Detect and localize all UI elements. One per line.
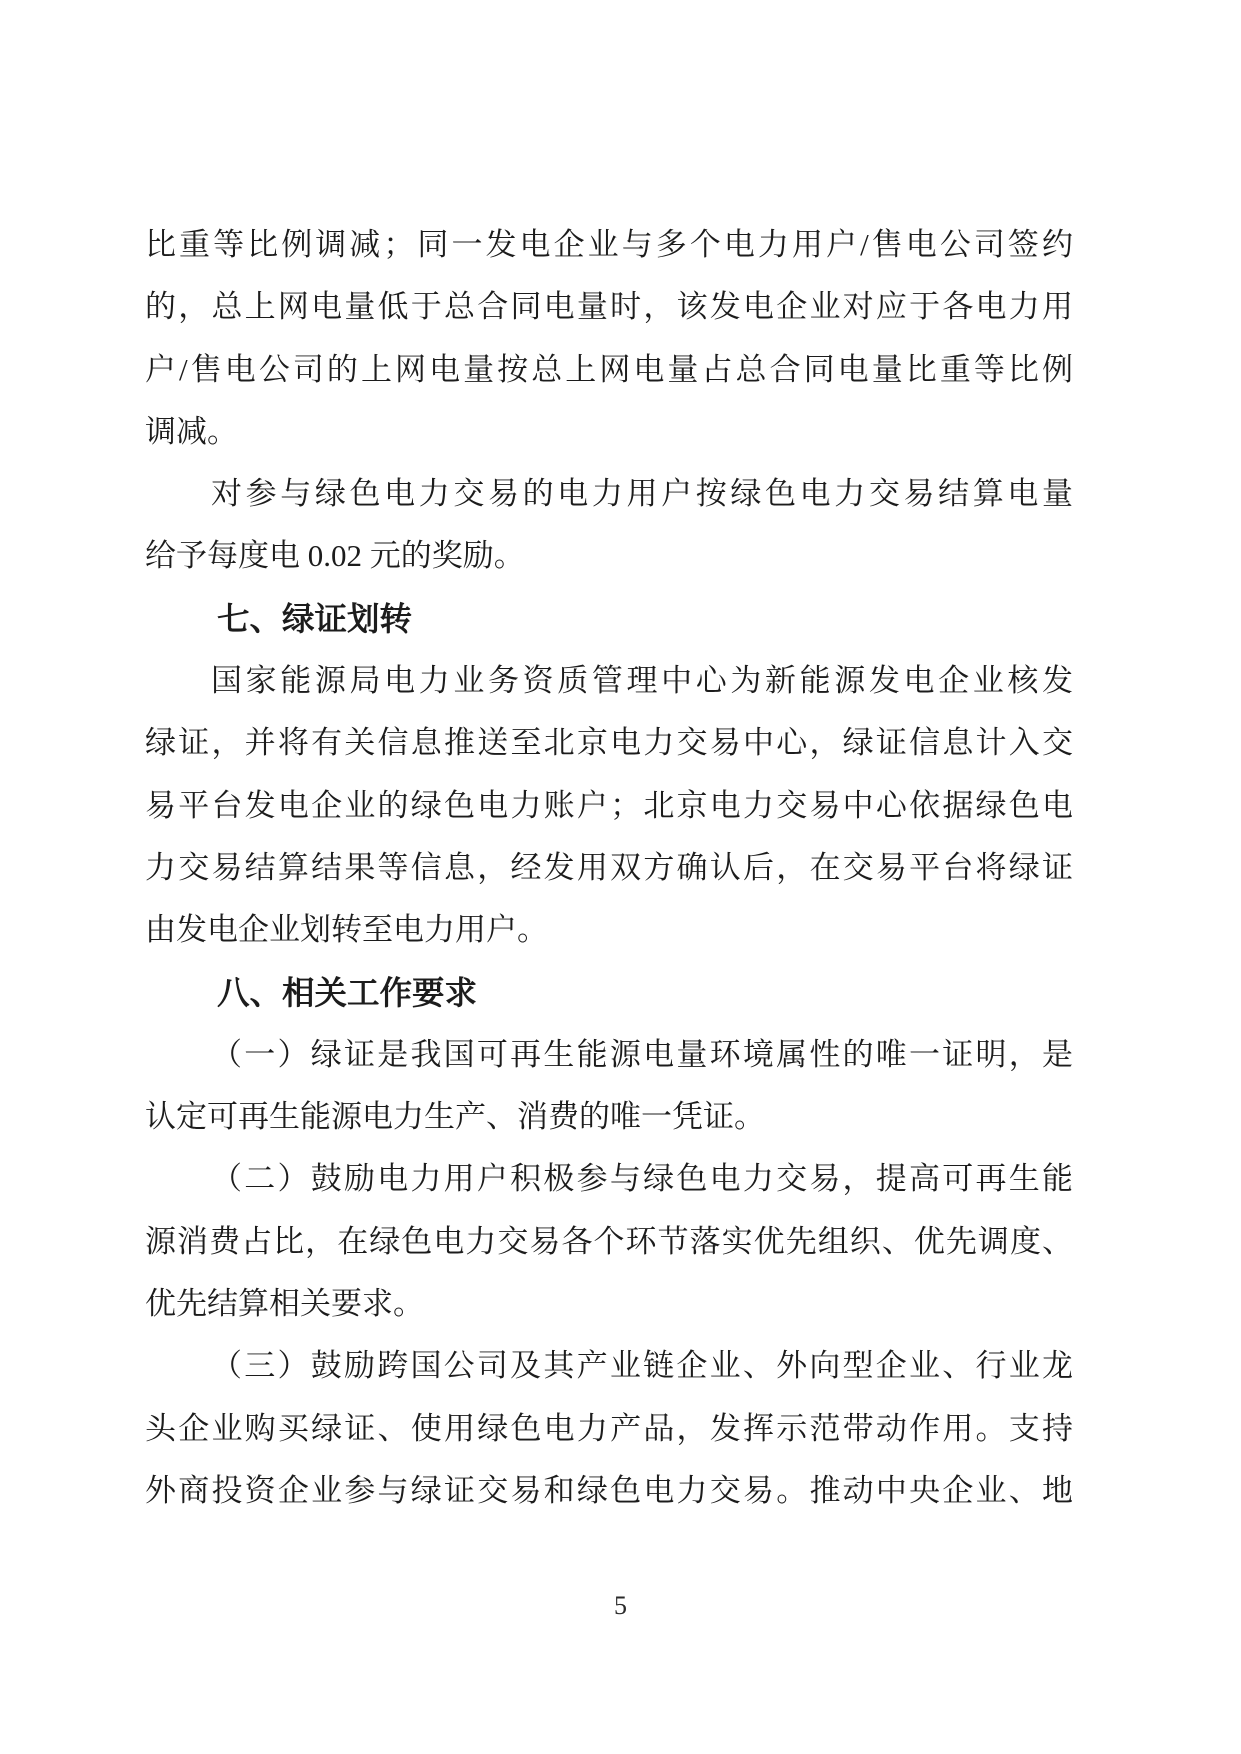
text-line: 调减。 <box>145 401 1073 463</box>
section-heading-7: 七、绿证划转 <box>145 588 1073 650</box>
text-line: 由发电企业划转至电力用户。 <box>145 899 1073 961</box>
text-line: 对参与绿色电力交易的电力用户按绿色电力交易结算电量 <box>145 463 1073 525</box>
document-page: 比重等比例调减；同一发电企业与多个电力用户/售电公司签约 的，总上网电量低于总合… <box>0 0 1241 1754</box>
text-line: 优先结算相关要求。 <box>145 1273 1073 1335</box>
section-heading-8: 八、相关工作要求 <box>145 962 1073 1024</box>
text-line: 源消费占比，在绿色电力交易各个环节落实优先组织、优先调度、 <box>145 1211 1073 1273</box>
text-line: 力交易结算结果等信息，经发用双方确认后，在交易平台将绿证 <box>145 837 1073 899</box>
text-line: 认定可再生能源电力生产、消费的唯一凭证。 <box>145 1086 1073 1148</box>
text-line: 国家能源局电力业务资质管理中心为新能源发电企业核发 <box>145 650 1073 712</box>
text-line: 易平台发电企业的绿色电力账户；北京电力交易中心依据绿色电 <box>145 775 1073 837</box>
text-line: 的，总上网电量低于总合同电量时，该发电企业对应于各电力用 <box>145 276 1073 338</box>
text-line: 外商投资企业参与绿证交易和绿色电力交易。推动中央企业、地 <box>145 1460 1073 1522</box>
text-block: 比重等比例调减；同一发电企业与多个电力用户/售电公司签约 的，总上网电量低于总合… <box>145 214 1073 1522</box>
text-line: 绿证，并将有关信息推送至北京电力交易中心，绿证信息计入交 <box>145 712 1073 774</box>
text-line: 户/售电公司的上网电量按总上网电量占总合同电量比重等比例 <box>145 339 1073 401</box>
text-line: （二）鼓励电力用户积极参与绿色电力交易，提高可再生能 <box>145 1148 1073 1210</box>
text-line: 比重等比例调减；同一发电企业与多个电力用户/售电公司签约 <box>145 214 1073 276</box>
text-line: 给予每度电 0.02 元的奖励。 <box>145 525 1073 587</box>
text-line: （三）鼓励跨国公司及其产业链企业、外向型企业、行业龙 <box>145 1335 1073 1397</box>
text-line: （一）绿证是我国可再生能源电量环境属性的唯一证明，是 <box>145 1024 1073 1086</box>
page-number: 5 <box>0 1590 1241 1622</box>
text-line: 头企业购买绿证、使用绿色电力产品，发挥示范带动作用。支持 <box>145 1398 1073 1460</box>
